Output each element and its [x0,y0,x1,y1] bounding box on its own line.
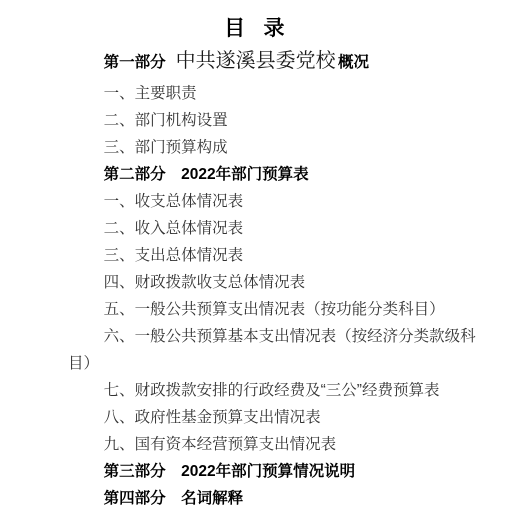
toc-text-part: 名词解释 [181,490,243,507]
toc-text-part: 2022年部门预算情况说明 [181,463,355,480]
toc-item: 一、主要职责 [68,80,483,107]
toc-item: 三、支出总体情况表 [68,242,483,269]
document-page: 目 录 第一部分中共遂溪县委党校概况一、主要职责二、部门机构设置三、部门预算构成… [0,0,515,512]
toc-item: 五、一般公共预算支出情况表（按功能分类科目） [68,296,483,323]
toc-text-part: 第一部分 [104,54,166,71]
toc-item: 三、部门预算构成 [68,134,483,161]
toc-item: 九、国有资本经营预算支出情况表 [68,431,483,458]
toc-item: 八、政府性基金预算支出情况表 [68,404,483,431]
toc-item: 四、财政拨款收支总体情况表 [68,269,483,296]
toc-item: 二、部门机构设置 [68,107,483,134]
toc-section-heading: 第三部分2022年部门预算情况说明 [68,458,483,485]
toc-text-part: 第三部分 [104,463,166,480]
toc-item: 七、财政拨款安排的行政经费及“三公”经费预算表 [68,377,483,404]
toc-section-heading: 第二部分2022年部门预算表 [68,161,483,188]
toc-text-part: 2022年部门预算表 [181,166,308,183]
page-title: 目 录 [0,0,515,44]
toc-item: 二、收入总体情况表 [68,215,483,242]
toc-text-part: 中共遂溪县委党校 [176,50,336,72]
toc-text-part: 第二部分 [104,166,166,183]
toc-text-part: 第四部分 [104,490,166,507]
toc-section-heading: 第一部分中共遂溪县委党校概况 [68,44,483,80]
toc-item: 六、一般公共预算基本支出情况表（按经济分类款级科目） [68,323,483,377]
toc-section-heading: 第四部分名词解释 [68,485,483,512]
toc-text-part: 概况 [338,54,369,71]
toc-entries: 第一部分中共遂溪县委党校概况一、主要职责二、部门机构设置三、部门预算构成第二部分… [68,44,483,512]
toc-item: 一、收支总体情况表 [68,188,483,215]
